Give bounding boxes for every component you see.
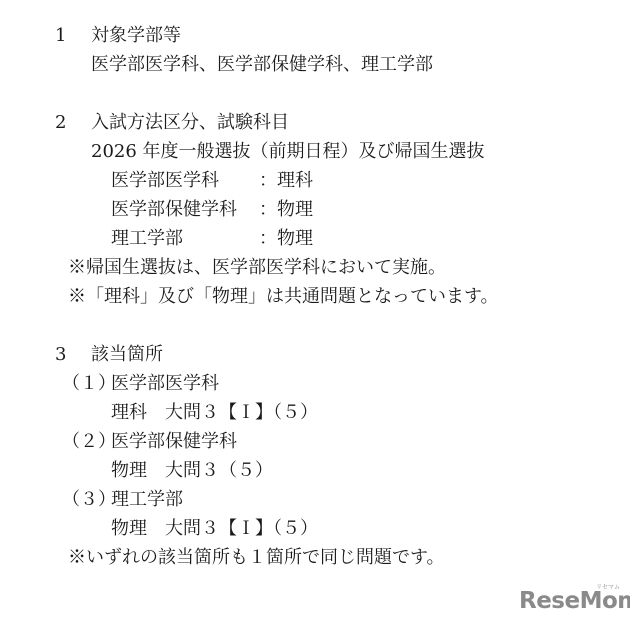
- section-1-body: 医学部医学科、医学部保健学科、理工学部: [91, 53, 433, 77]
- section-title: 対象学部等: [91, 25, 181, 46]
- note: ※いずれの該当箇所も１箇所で同じ問題です。: [68, 546, 445, 570]
- subject-row: 医学部保健学科：物理: [111, 198, 313, 222]
- section-title: 入試方法区分、試験科目: [91, 112, 289, 133]
- section-number: 3: [55, 343, 91, 367]
- location-item-detail: 物理 大問３（５）: [111, 459, 273, 483]
- separator: ：: [259, 228, 277, 249]
- location-item-heading: （２）医学部保健学科: [62, 430, 237, 454]
- location-item-detail: 理科 大問３【Ｉ】（５）: [111, 401, 318, 425]
- location-item-detail: 物理 大問３【Ｉ】（５）: [111, 517, 318, 541]
- department-label: 理工学部: [111, 227, 259, 251]
- department-label: 医学部保健学科: [111, 198, 259, 222]
- section-2-heading: 2入試方法区分、試験科目: [55, 111, 289, 135]
- item-department: 医学部保健学科: [111, 431, 237, 452]
- item-index: （２）: [62, 430, 111, 454]
- section-number: 2: [55, 111, 91, 135]
- note: ※帰国生選抜は、医学部医学科において実施。: [68, 256, 446, 280]
- subject-value: 理科: [277, 170, 313, 191]
- location-item-heading: （１）医学部医学科: [62, 372, 219, 396]
- item-department: 理工学部: [111, 489, 183, 510]
- subject-value: 物理: [277, 199, 313, 220]
- item-department: 医学部医学科: [111, 373, 219, 394]
- note: ※「理科」及び「物理」は共通問題となっています。: [68, 285, 499, 309]
- section-3-heading: 3該当箇所: [55, 343, 163, 367]
- subject-value: 物理: [277, 228, 313, 249]
- resemom-logo: ReseMom: [519, 588, 630, 614]
- section-number: 1: [55, 24, 91, 48]
- section-1-heading: 1対象学部等: [55, 24, 181, 48]
- location-item-heading: （３）理工学部: [62, 488, 183, 512]
- selection-type: 2026 年度一般選抜（前期日程）及び帰国生選抜: [91, 140, 485, 164]
- section-title: 該当箇所: [91, 344, 163, 365]
- separator: ：: [259, 199, 277, 220]
- separator: ：: [259, 170, 277, 191]
- department-label: 医学部医学科: [111, 169, 259, 193]
- item-index: （３）: [62, 488, 111, 512]
- subject-row: 医学部医学科：理科: [111, 169, 313, 193]
- subject-row: 理工学部：物理: [111, 227, 313, 251]
- item-index: （１）: [62, 372, 111, 396]
